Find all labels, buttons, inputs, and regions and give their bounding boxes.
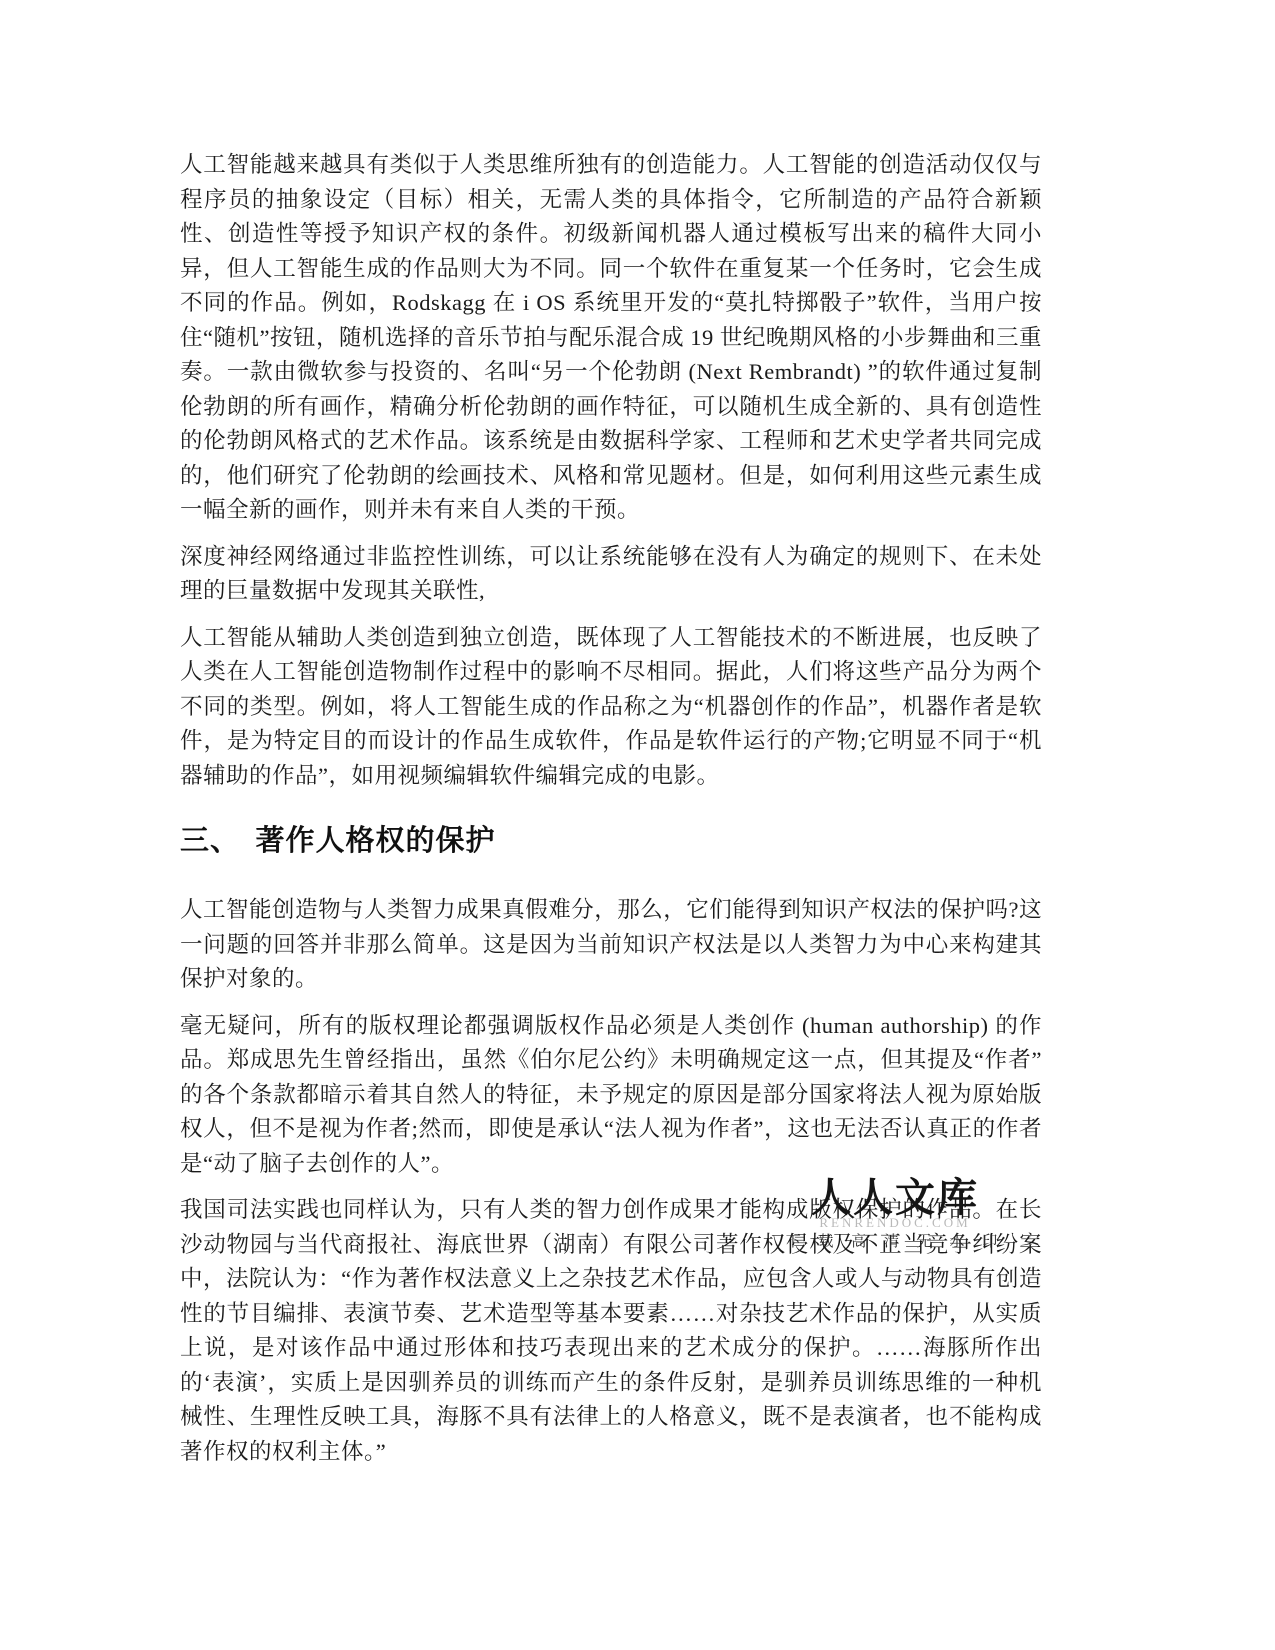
paragraph-judicial-practice: 我国司法实践也同样认为，只有人类的智力创作成果才能构成版权保护的作品。在长沙动物… (180, 1193, 1042, 1469)
paragraph-protection-question: 人工智能创造物与人类智力成果真假难分，那么，它们能得到知识产权法的保护吗?这一问… (180, 893, 1042, 997)
paragraph-neural-network: 深度神经网络通过非监控性训练，可以让系统能够在没有人为确定的规则下、在未处理的巨… (180, 540, 1042, 609)
document-page: 人工智能越来越具有类似于人类思维所独有的创造能力。人工智能的创造活动仅仅与程序员… (180, 148, 1042, 1481)
paragraph-ai-creativity: 人工智能越来越具有类似于人类思维所独有的创造能力。人工智能的创造活动仅仅与程序员… (180, 148, 1042, 528)
paragraph-human-authorship: 毫无疑问，所有的版权理论都强调版权作品必须是人类创作 (human author… (180, 1009, 1042, 1182)
section-heading-moral-rights: 三、 著作人格权的保护 (180, 824, 1042, 858)
paragraph-machine-works: 人工智能从辅助人类创造到独立创造，既体现了人工智能技术的不断进展，也反映了人类在… (180, 621, 1042, 794)
